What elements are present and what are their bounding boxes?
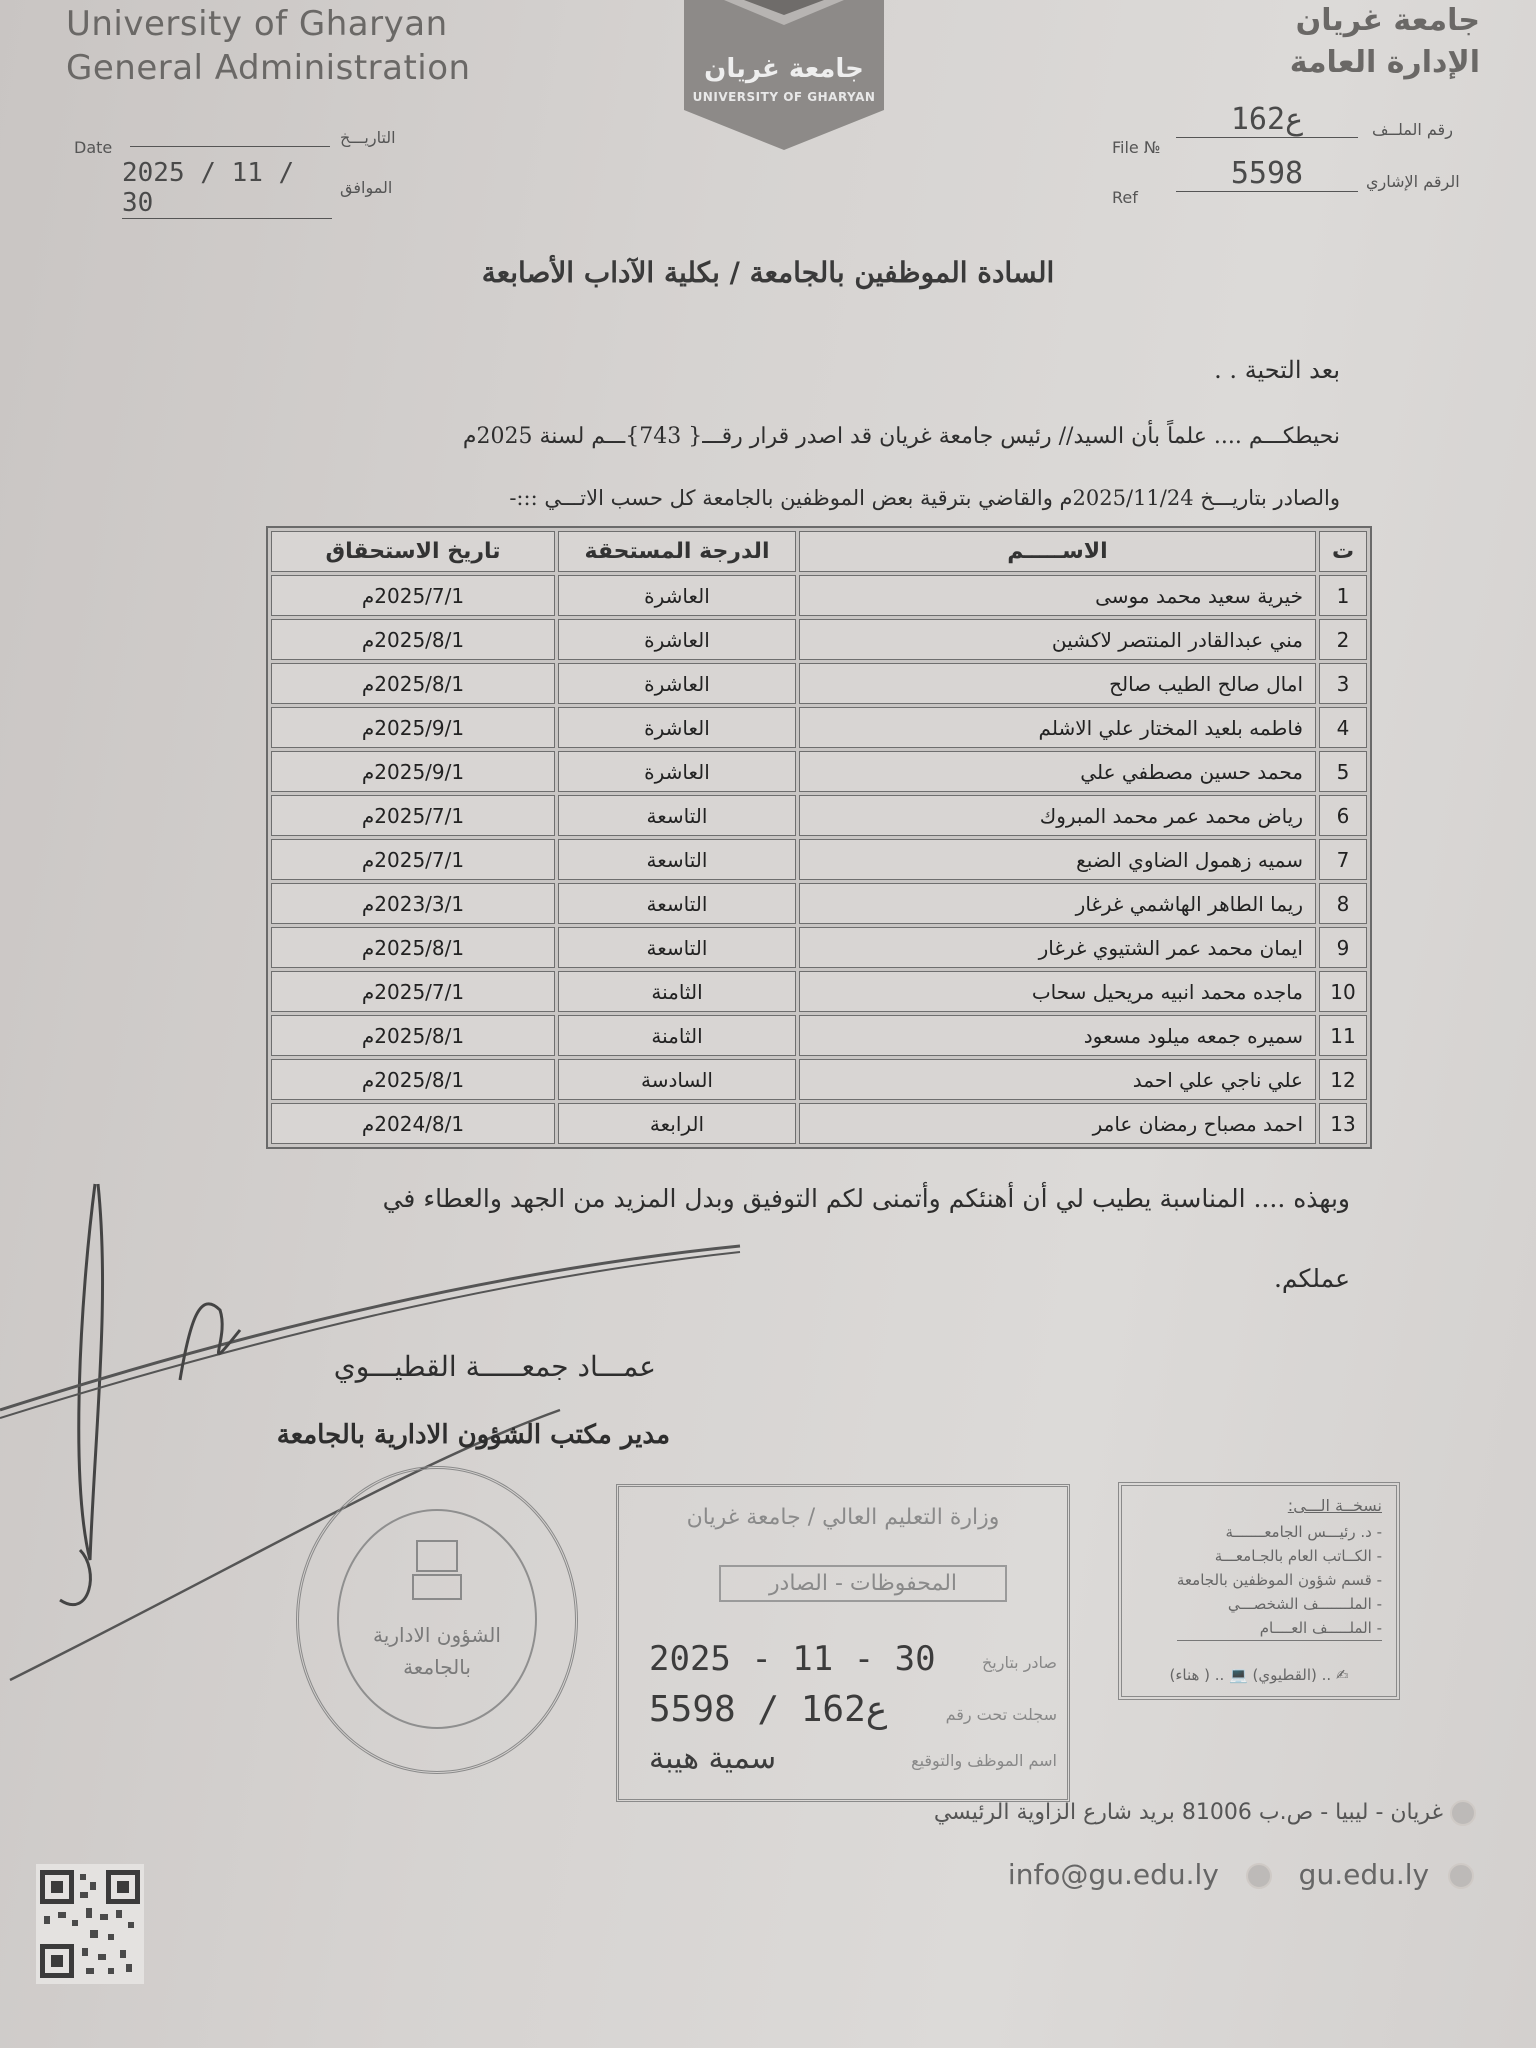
table-row: 11سميره جمعه ميلود مسعودالثامنة2025/8/1م	[271, 1015, 1367, 1056]
qr-code	[36, 1864, 144, 1984]
row-index: 9	[1319, 927, 1367, 968]
table-row: 8ريما الطاهر الهاشمي غرغارالتاسعة2023/3/…	[271, 883, 1367, 924]
row-grade: الثامنة	[558, 1015, 796, 1056]
body-line-1: نحيطكـــم .... علماً بأن السيد// رئيس جا…	[250, 424, 1340, 449]
copy-to-item: - الكــاتب العام بالجـامعـــة	[1177, 1544, 1382, 1568]
row-name: محمد حسين مصطفي علي	[799, 751, 1316, 792]
row-name: فاطمه بلعيد المختار علي الاشلم	[799, 707, 1316, 748]
header-date: تاريخ الاستحقاق	[271, 531, 555, 572]
file-number-label-ar: رقم الملــف	[1372, 120, 1453, 139]
signatory-title: مدير مكتب الشؤون الادارية بالجامعة	[277, 1420, 670, 1450]
greeting: بعد التحية . .	[1214, 356, 1340, 384]
header-english: University of Gharyan General Administra…	[66, 2, 471, 90]
row-index: 8	[1319, 883, 1367, 924]
row-date: 2025/7/1م	[271, 971, 555, 1012]
row-date: 2025/9/1م	[271, 751, 555, 792]
header-arabic: جامعة غريان الإدارة العامة	[1290, 0, 1480, 84]
row-grade: التاسعة	[558, 839, 796, 880]
table-row: 9ايمان محمد عمر الشتيوي غرغارالتاسعة2025…	[271, 927, 1367, 968]
table-header-row: ت الاســـــم الدرجة المستحقة تاريخ الاست…	[271, 531, 1367, 572]
registry-date-label: صادر بتاريخ	[982, 1653, 1057, 1672]
ref-number-value: 5598	[1176, 156, 1358, 192]
file-number-value: 16ع2	[1176, 102, 1358, 138]
document-page: University of Gharyan General Administra…	[0, 0, 1536, 2048]
body-line-2: والصادر بتاريـــخ 2025/11/24م والقاضي بت…	[250, 486, 1340, 510]
qr-pattern-icon	[36, 1864, 144, 1984]
footer-contact-row: info@gu.edu.ly gu.edu.ly	[1008, 1858, 1474, 1891]
header-index: ت	[1319, 531, 1367, 572]
copy-to-footer: ✍ .. (القطيوي) 💻 .. ( هناء)	[1136, 1666, 1382, 1684]
copy-to-title: نسخــة الـــى:	[1288, 1496, 1382, 1515]
row-name: رياض محمد عمر محمد المبروك	[799, 795, 1316, 836]
row-name: ايمان محمد عمر الشتيوي غرغار	[799, 927, 1316, 968]
row-grade: العاشرة	[558, 751, 796, 792]
row-name: سميره جمعه ميلود مسعود	[799, 1015, 1316, 1056]
row-date: 2025/8/1م	[271, 619, 555, 660]
copy-to-item: - الملـــــــف الشخصـــي	[1177, 1592, 1382, 1616]
registry-stamp-line-1: وزارة التعليم العالي / جامعة غريان	[619, 1505, 1067, 1530]
university-name-ar: جامعة غريان	[1290, 0, 1480, 42]
footer-email: info@gu.edu.ly	[1008, 1858, 1219, 1891]
row-name: سميه زهمول الضاوي الضبع	[799, 839, 1316, 880]
row-index: 2	[1319, 619, 1367, 660]
copy-to-box: نسخــة الـــى: - د. رئيـــس الجامعــــــ…	[1118, 1482, 1400, 1700]
row-grade: الثامنة	[558, 971, 796, 1012]
copy-to-item: - الملـــــف العــــام	[1177, 1616, 1382, 1641]
file-number-label-en: File №	[1112, 138, 1161, 157]
row-name: ريما الطاهر الهاشمي غرغار	[799, 883, 1316, 924]
footer-address: غريان - ليبيا - ص.ب 81006 بريد شارع الزا…	[934, 1800, 1443, 1825]
registry-signature-label: اسم الموظف والتوقيع	[911, 1751, 1057, 1770]
table-row: 5محمد حسين مصطفي عليالعاشرة2025/9/1م	[271, 751, 1367, 792]
header-grade: الدرجة المستحقة	[558, 531, 796, 572]
row-index: 7	[1319, 839, 1367, 880]
row-grade: التاسعة	[558, 883, 796, 924]
registry-date-value: 2025 - 11 - 30	[649, 1639, 936, 1679]
row-date: 2023/3/1م	[271, 883, 555, 924]
closing-line-2: عملكم.	[1274, 1264, 1350, 1293]
signatory-name: عمـــاد جمعـــــة القطيـــوي	[334, 1350, 656, 1383]
copy-to-list: - د. رئيـــس الجامعـــــــة - الكــاتب ا…	[1177, 1520, 1382, 1641]
promotions-table: ت الاســـــم الدرجة المستحقة تاريخ الاست…	[266, 526, 1372, 1149]
row-grade: العاشرة	[558, 619, 796, 660]
row-date: 2024/8/1م	[271, 1103, 555, 1144]
email-icon	[1246, 1863, 1272, 1889]
copy-to-item: - د. رئيـــس الجامعـــــــة	[1177, 1520, 1382, 1544]
row-grade: العاشرة	[558, 575, 796, 616]
row-date: 2025/8/1م	[271, 927, 555, 968]
globe-icon	[1448, 1863, 1474, 1889]
table-row: 2مني عبدالقادر المنتصر لاكشينالعاشرة2025…	[271, 619, 1367, 660]
table-row: 10ماجده محمد انبيه مريحيل سحابالثامنة202…	[271, 971, 1367, 1012]
hijri-date-line	[130, 146, 330, 147]
registry-stamp-line-2: المحفوظات - الصادر	[719, 1565, 1007, 1602]
row-date: 2025/8/1م	[271, 1015, 555, 1056]
letter-subject: السادة الموظفين بالجامعة / بكلية الآداب …	[0, 256, 1536, 289]
row-grade: التاسعة	[558, 927, 796, 968]
table-row: 13احمد مصباح رمضان عامرالرابعة2024/8/1م	[271, 1103, 1367, 1144]
row-grade: السادسة	[558, 1059, 796, 1100]
table-row: 12علي ناجي علي احمدالسادسة2025/8/1م	[271, 1059, 1367, 1100]
registry-stamp: وزارة التعليم العالي / جامعة غريان المحف…	[616, 1484, 1070, 1802]
table-row: 7سميه زهمول الضاوي الضبعالتاسعة2025/7/1م	[271, 839, 1367, 880]
gregorian-date-value: 2025 / 11 / 30	[122, 158, 332, 219]
row-date: 2025/9/1م	[271, 707, 555, 748]
stamp-center-line-2: بالجامعة	[339, 1655, 535, 1679]
row-date: 2025/7/1م	[271, 575, 555, 616]
row-name: ماجده محمد انبيه مريحيل سحاب	[799, 971, 1316, 1012]
row-index: 13	[1319, 1103, 1367, 1144]
row-date: 2025/8/1م	[271, 663, 555, 704]
row-name: خيرية سعيد محمد موسى	[799, 575, 1316, 616]
table-row: 1خيرية سعيد محمد موسىالعاشرة2025/7/1م	[271, 575, 1367, 616]
round-official-stamp: الشؤون الادارية بالجامعة	[296, 1466, 578, 1774]
table-row: 3امال صالح الطيب صالحالعاشرة2025/8/1م	[271, 663, 1367, 704]
administration-name-ar: الإدارة العامة	[1290, 42, 1480, 84]
row-name: علي ناجي علي احمد	[799, 1059, 1316, 1100]
logo-english-text: UNIVERSITY OF GHARYAN	[684, 90, 884, 104]
footer-address-row: غريان - ليبيا - ص.ب 81006 بريد شارع الزا…	[934, 1800, 1476, 1826]
row-date: 2025/7/1م	[271, 839, 555, 880]
row-index: 10	[1319, 971, 1367, 1012]
registry-number-label: سجلت تحت رقم	[946, 1705, 1057, 1724]
row-grade: التاسعة	[558, 795, 796, 836]
gregorian-date-label: الموافق	[340, 178, 392, 197]
emblem-icon	[407, 1537, 467, 1607]
header-name: الاســـــم	[799, 531, 1316, 572]
row-index: 3	[1319, 663, 1367, 704]
logo-arabic-text: جامعة غريان	[684, 54, 884, 84]
row-index: 1	[1319, 575, 1367, 616]
row-index: 5	[1319, 751, 1367, 792]
row-index: 4	[1319, 707, 1367, 748]
stamp-center-line-1: الشؤون الادارية	[339, 1623, 535, 1647]
location-icon	[1450, 1800, 1476, 1826]
university-name-en: University of Gharyan	[66, 2, 471, 46]
ref-label-en: Ref	[1112, 188, 1138, 207]
row-name: امال صالح الطيب صالح	[799, 663, 1316, 704]
ref-label-ar: الرقم الإشاري	[1366, 172, 1460, 191]
row-grade: العاشرة	[558, 707, 796, 748]
row-date: 2025/8/1م	[271, 1059, 555, 1100]
row-grade: العاشرة	[558, 663, 796, 704]
hijri-date-label: التاريـــخ	[340, 128, 396, 147]
row-index: 6	[1319, 795, 1367, 836]
row-name: احمد مصباح رمضان عامر	[799, 1103, 1316, 1144]
row-date: 2025/7/1م	[271, 795, 555, 836]
registry-signature-value: سمية هيبة	[649, 1741, 776, 1776]
university-logo: جامعة غريان UNIVERSITY OF GHARYAN	[684, 0, 884, 150]
administration-name-en: General Administration	[66, 46, 471, 90]
registry-number-value: 5598 / 16ع2	[649, 1689, 887, 1730]
table-row: 4فاطمه بلعيد المختار علي الاشلمالعاشرة20…	[271, 707, 1367, 748]
row-grade: الرابعة	[558, 1103, 796, 1144]
row-index: 11	[1319, 1015, 1367, 1056]
date-label-en: Date	[74, 138, 112, 157]
footer-website: gu.edu.ly	[1299, 1858, 1429, 1891]
row-index: 12	[1319, 1059, 1367, 1100]
row-name: مني عبدالقادر المنتصر لاكشين	[799, 619, 1316, 660]
copy-to-item: - قسم شؤون الموظفين بالجامعة	[1177, 1568, 1382, 1592]
table-row: 6رياض محمد عمر محمد المبروكالتاسعة2025/7…	[271, 795, 1367, 836]
